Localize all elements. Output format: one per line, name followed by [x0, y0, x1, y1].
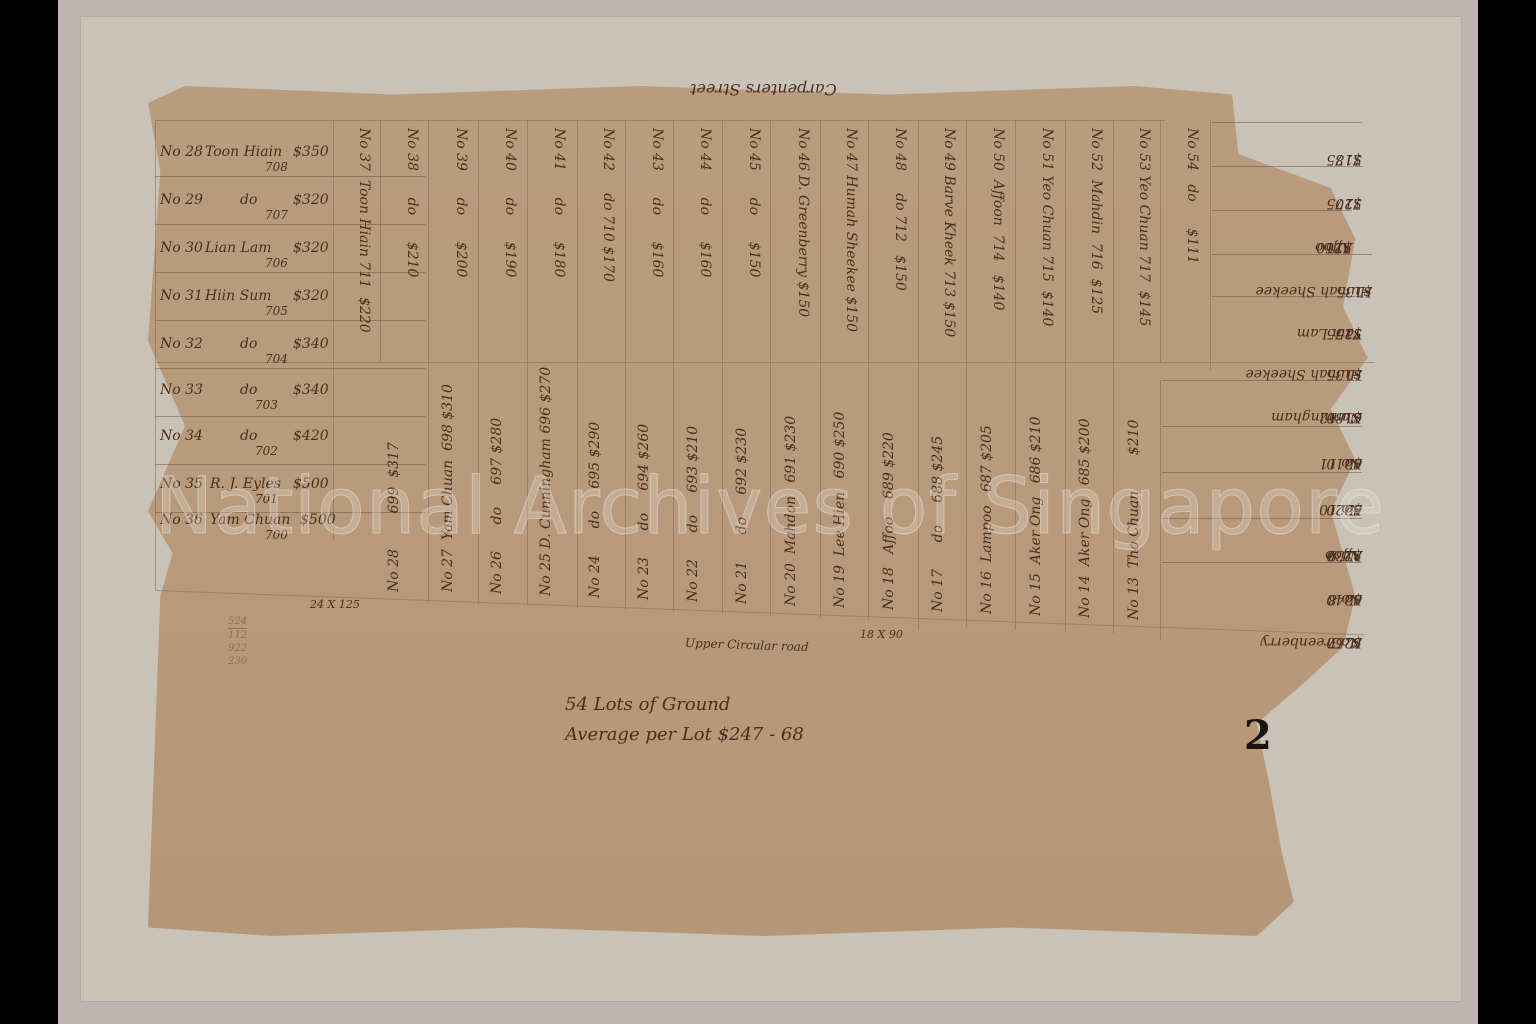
table-row: No 8 do $240	[1162, 562, 1362, 607]
upper-col-52: No 52 Mahdin 716 $125	[1088, 128, 1104, 314]
summary-lots: 54 Lots of Ground	[565, 690, 804, 720]
upper-col-51: No 51 Yeo Chuan 715 $140	[1039, 128, 1055, 326]
lower-col-18: No 18 Affoo 689 $220	[881, 432, 897, 610]
rule-righttable-edge	[1210, 120, 1211, 370]
table-row: No 36Yam Chuan$500700	[155, 500, 425, 546]
table-row: No 31Hiin Sum$320705	[155, 274, 425, 321]
table-row: ... 720 $175	[1212, 166, 1362, 211]
upper-col-38: No 38 do $210	[404, 128, 420, 277]
table-row: Yam Lam 727 $155	[1212, 296, 1362, 341]
table-row: ... 717 $185	[1212, 122, 1362, 167]
table-row: No 9 Affoo $230	[1162, 518, 1362, 563]
margin-calculation: 524 112 922 230	[228, 615, 247, 668]
upper-col-53: No 53 Yeo Chuan 717 $145	[1136, 128, 1152, 326]
lower-col-17: No 17 do 688 $245	[930, 436, 946, 612]
table-row: No 10 do $220	[1162, 472, 1362, 517]
table-row: No 33do$340703	[155, 370, 425, 417]
lower-col-27: No 27 Yam Chuan 698 $310	[440, 384, 456, 592]
upper-col-50: No 50 Affoon 714 $140	[990, 128, 1006, 310]
table-row: No 12 Cunningham $180	[1162, 380, 1362, 425]
table-row: No 30Lian Lam$320706	[155, 226, 425, 273]
table-row: No 11 do $210	[1162, 426, 1362, 471]
lower-col-23: No 23 do 694 $260	[636, 424, 652, 600]
lower-col-21: No 21 do 692 $230	[734, 428, 750, 604]
lower-col-22: No 22 do 693 $210	[685, 426, 701, 602]
street-label-top: Carpenters Street	[690, 80, 837, 99]
page-number-mark: 2	[1244, 712, 1272, 759]
upper-col-40: No 40 do $190	[502, 128, 518, 277]
upper-col-44: No 44 do $160	[697, 128, 713, 277]
dimension-bottom: 18 X 90	[860, 628, 903, 641]
dimension-left: 24 X 125	[310, 598, 360, 611]
lower-col-13: No 13 Tho Chuan $210	[1126, 420, 1142, 620]
lower-col-20: No 20 Mahdon 691 $230	[783, 416, 799, 606]
table-row: No 29do$320707	[155, 178, 425, 225]
lower-col-28: No 28 699 $317	[386, 442, 402, 592]
lower-col-26: No 26 do 697 $280	[489, 418, 505, 594]
upper-col-49: No 49 Barve Kheek 713 $150	[941, 128, 957, 337]
table-row: Affoo 721 $160	[1212, 210, 1352, 255]
table-row: No 34do$420702	[155, 418, 425, 465]
upper-col-41: No 41 do $180	[551, 128, 567, 277]
upper-col-48: No 48 do 712 $150	[892, 128, 908, 291]
upper-col-43: No 43 do $160	[649, 128, 665, 277]
summary-note: 54 Lots of Ground Average per Lot $247 -…	[565, 690, 804, 750]
upper-col-45: No 45 do $150	[746, 128, 762, 277]
rule-righttable-lower-edge	[1160, 380, 1161, 640]
table-row: Humah Sheekee $135	[1212, 338, 1362, 382]
table-row: Humah Sheekee $135	[1212, 254, 1372, 299]
upper-col-39: No 39 do $200	[453, 128, 469, 277]
upper-col-37: No 37 Toon Hiain 711 $220	[356, 128, 372, 333]
upper-col-47: No 47 Humah Sheekee $150	[843, 128, 859, 332]
table-row: No 32do$340704	[155, 322, 425, 369]
lower-col-14: No 14 Aker Ong 685 $200	[1077, 418, 1093, 618]
lower-col-16: No 16 Lampoo 687 $205	[979, 425, 995, 614]
upper-col-42: No 42 do 710 $170	[600, 128, 616, 282]
summary-average: Average per Lot $247 - 68	[565, 720, 804, 750]
upper-col-46: No 46 D. Greenberry $150	[795, 128, 811, 317]
table-row: No 28Toon Hiain$350708	[155, 130, 425, 177]
lower-col-19: No 19 Lee Hien 690 $250	[832, 412, 848, 608]
left-lot-table: No 28Toon Hiain$350708 No 29do$320707 No…	[155, 120, 425, 540]
lower-col-15: No 15 Aker Ong 686 $210	[1028, 416, 1044, 616]
upper-col-54: No 54 do $111	[1184, 128, 1200, 264]
table-row: No 7 D. Greenberry $250	[1162, 606, 1362, 650]
lower-col-25: No 25 D. Cunningham 696 $270	[538, 367, 554, 596]
lower-col-24: No 24 do 695 $290	[587, 422, 603, 598]
